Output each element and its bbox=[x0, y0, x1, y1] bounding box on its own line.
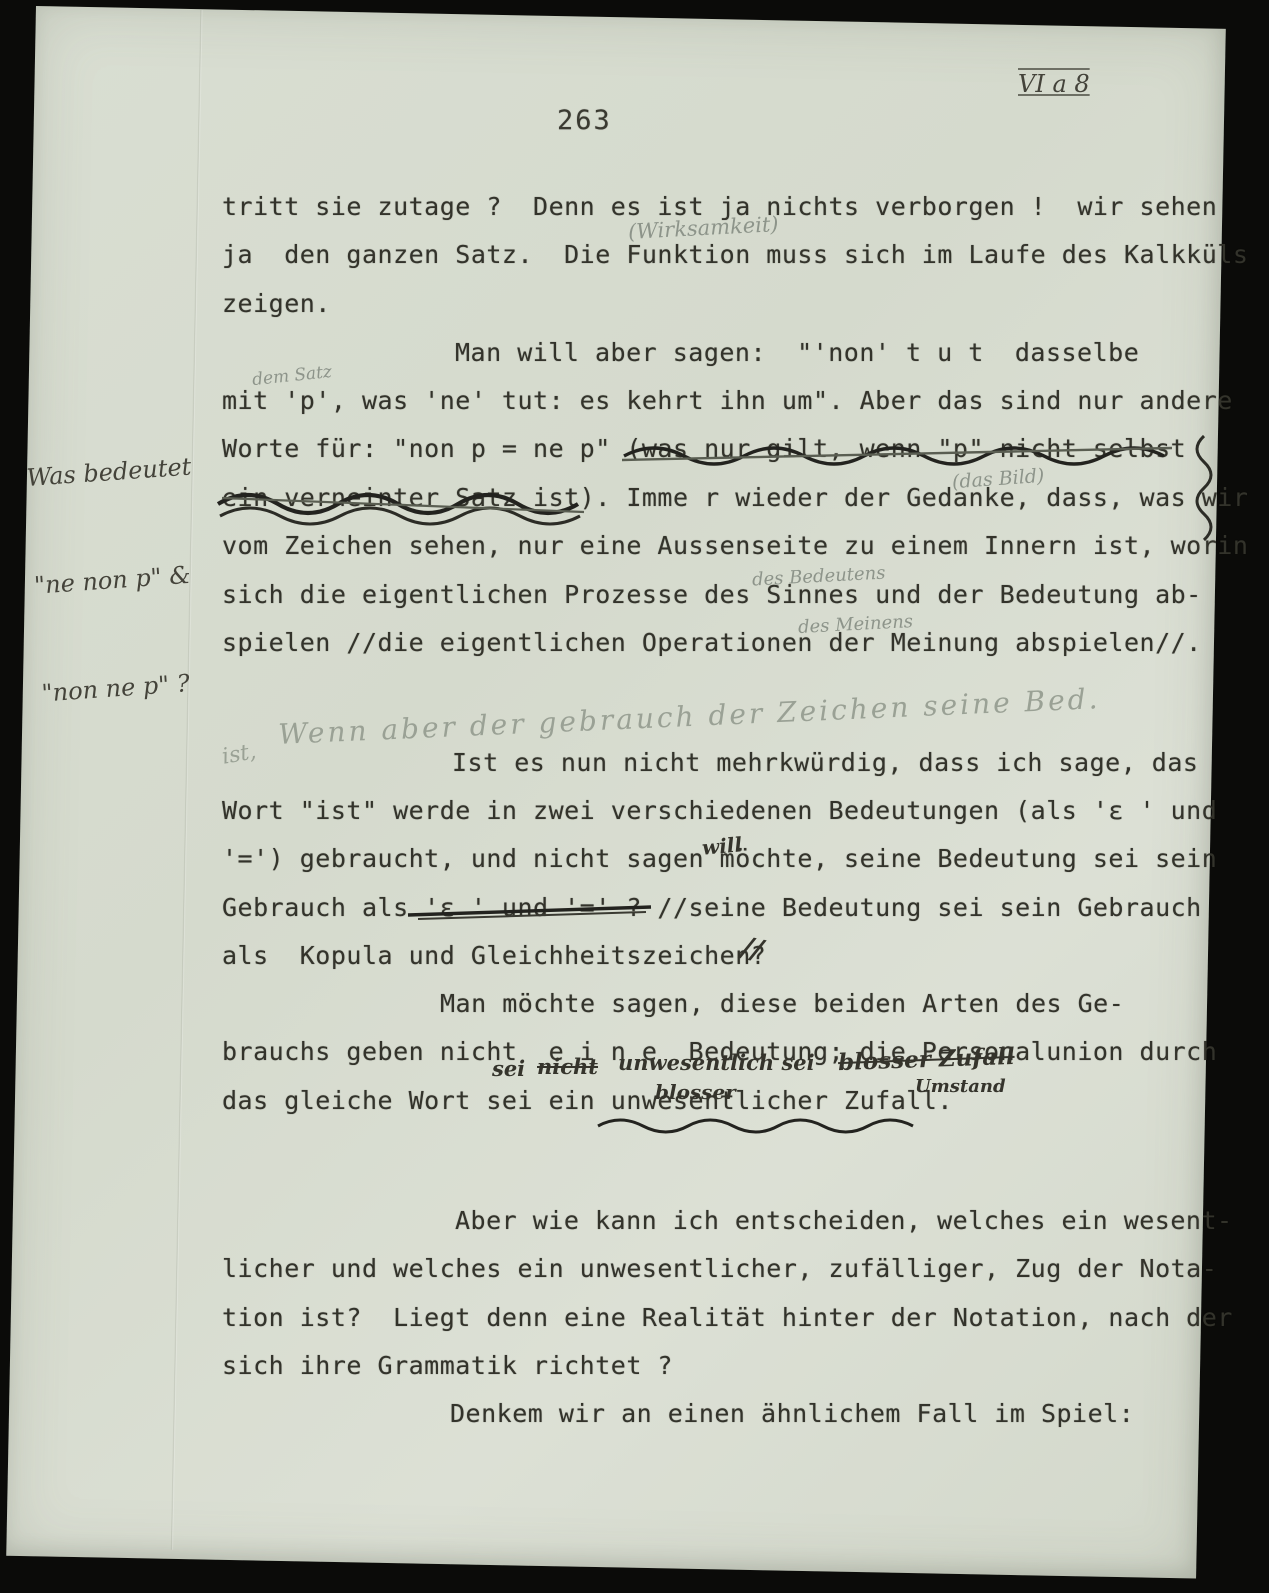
typed-line: licher und welches ein unwesentlicher, z… bbox=[222, 1254, 1217, 1283]
typed-line: das gleiche Wort sei ein unwesentlicher … bbox=[222, 1086, 953, 1115]
annotation-umstand: Umstand bbox=[915, 1076, 1006, 1097]
typed-line: Denkem wir an einen ähnlichem Fall im Sp… bbox=[450, 1399, 1134, 1428]
typed-line: vom Zeichen sehen, nur eine Aussenseite … bbox=[222, 531, 1248, 560]
margin-note-line: Was bedeutet bbox=[25, 449, 192, 496]
typed-line: sich die eigentlichen Prozesse des Sinne… bbox=[222, 580, 1202, 609]
annotation-unwesentlich-sei: unwesentlich sei bbox=[618, 1050, 815, 1075]
typed-line: Gebrauch als 'ε ' und '=' ? //seine Bede… bbox=[222, 893, 1202, 922]
typed-line: Ist es nun nicht mehrkwürdig, dass ich s… bbox=[452, 748, 1198, 777]
folio-mark-roman: VI a 8 bbox=[1018, 70, 1090, 98]
typed-line: Aber wie kann ich entscheiden, welches e… bbox=[455, 1206, 1233, 1235]
manuscript-photo: VI a 8 263 tritt sie zutage ? Denn es is… bbox=[0, 0, 1269, 1593]
strikethrough-ein-verneinter-satz bbox=[216, 490, 591, 530]
margin-note: Was bedeutet "ne non p" & "non ne p" ? bbox=[20, 377, 212, 784]
typed-line: sich ihre Grammatik richtet ? bbox=[222, 1351, 673, 1380]
typed-line: zeigen. bbox=[222, 289, 331, 318]
page-number: 263 bbox=[557, 105, 612, 136]
typed-line: ja den ganzen Satz. Die Funktion muss si… bbox=[222, 240, 1248, 269]
typed-line: Man will aber sagen: "'non' t u t dassel… bbox=[455, 338, 1139, 367]
typed-line: spielen //die eigentlichen Operationen d… bbox=[222, 628, 1202, 657]
strikethrough-was-nur-gilt bbox=[622, 440, 1177, 472]
margin-note-line: "ne non p" & bbox=[33, 556, 200, 603]
typed-line: als Kopula und Gleichheitszeichen? bbox=[222, 941, 766, 970]
strikethrough-epsilon-equals bbox=[408, 902, 653, 922]
annotation-sei: sei bbox=[492, 1056, 525, 1081]
wavy-underline-unwesentlicher-zufall bbox=[598, 1116, 930, 1136]
margin-note-line: "non ne p" ? bbox=[40, 664, 207, 711]
folio-mark: VI a 8 bbox=[1018, 70, 1090, 98]
margin-squiggle bbox=[1190, 436, 1216, 541]
annotation-blosser: blosser bbox=[655, 1080, 736, 1104]
annotation-nicht-struck: nicht bbox=[537, 1054, 598, 1079]
typed-line: mit 'p', was 'ne' tut: es kehrt ihn um".… bbox=[222, 386, 1233, 415]
annotation-will: will bbox=[701, 832, 743, 859]
typed-line: Man möchte sagen, diese beiden Arten des… bbox=[440, 989, 1124, 1018]
typed-line: tion ist? Liegt denn eine Realität hinte… bbox=[222, 1303, 1233, 1332]
typed-line: Wort "ist" werde in zwei verschiedenen B… bbox=[222, 796, 1217, 825]
